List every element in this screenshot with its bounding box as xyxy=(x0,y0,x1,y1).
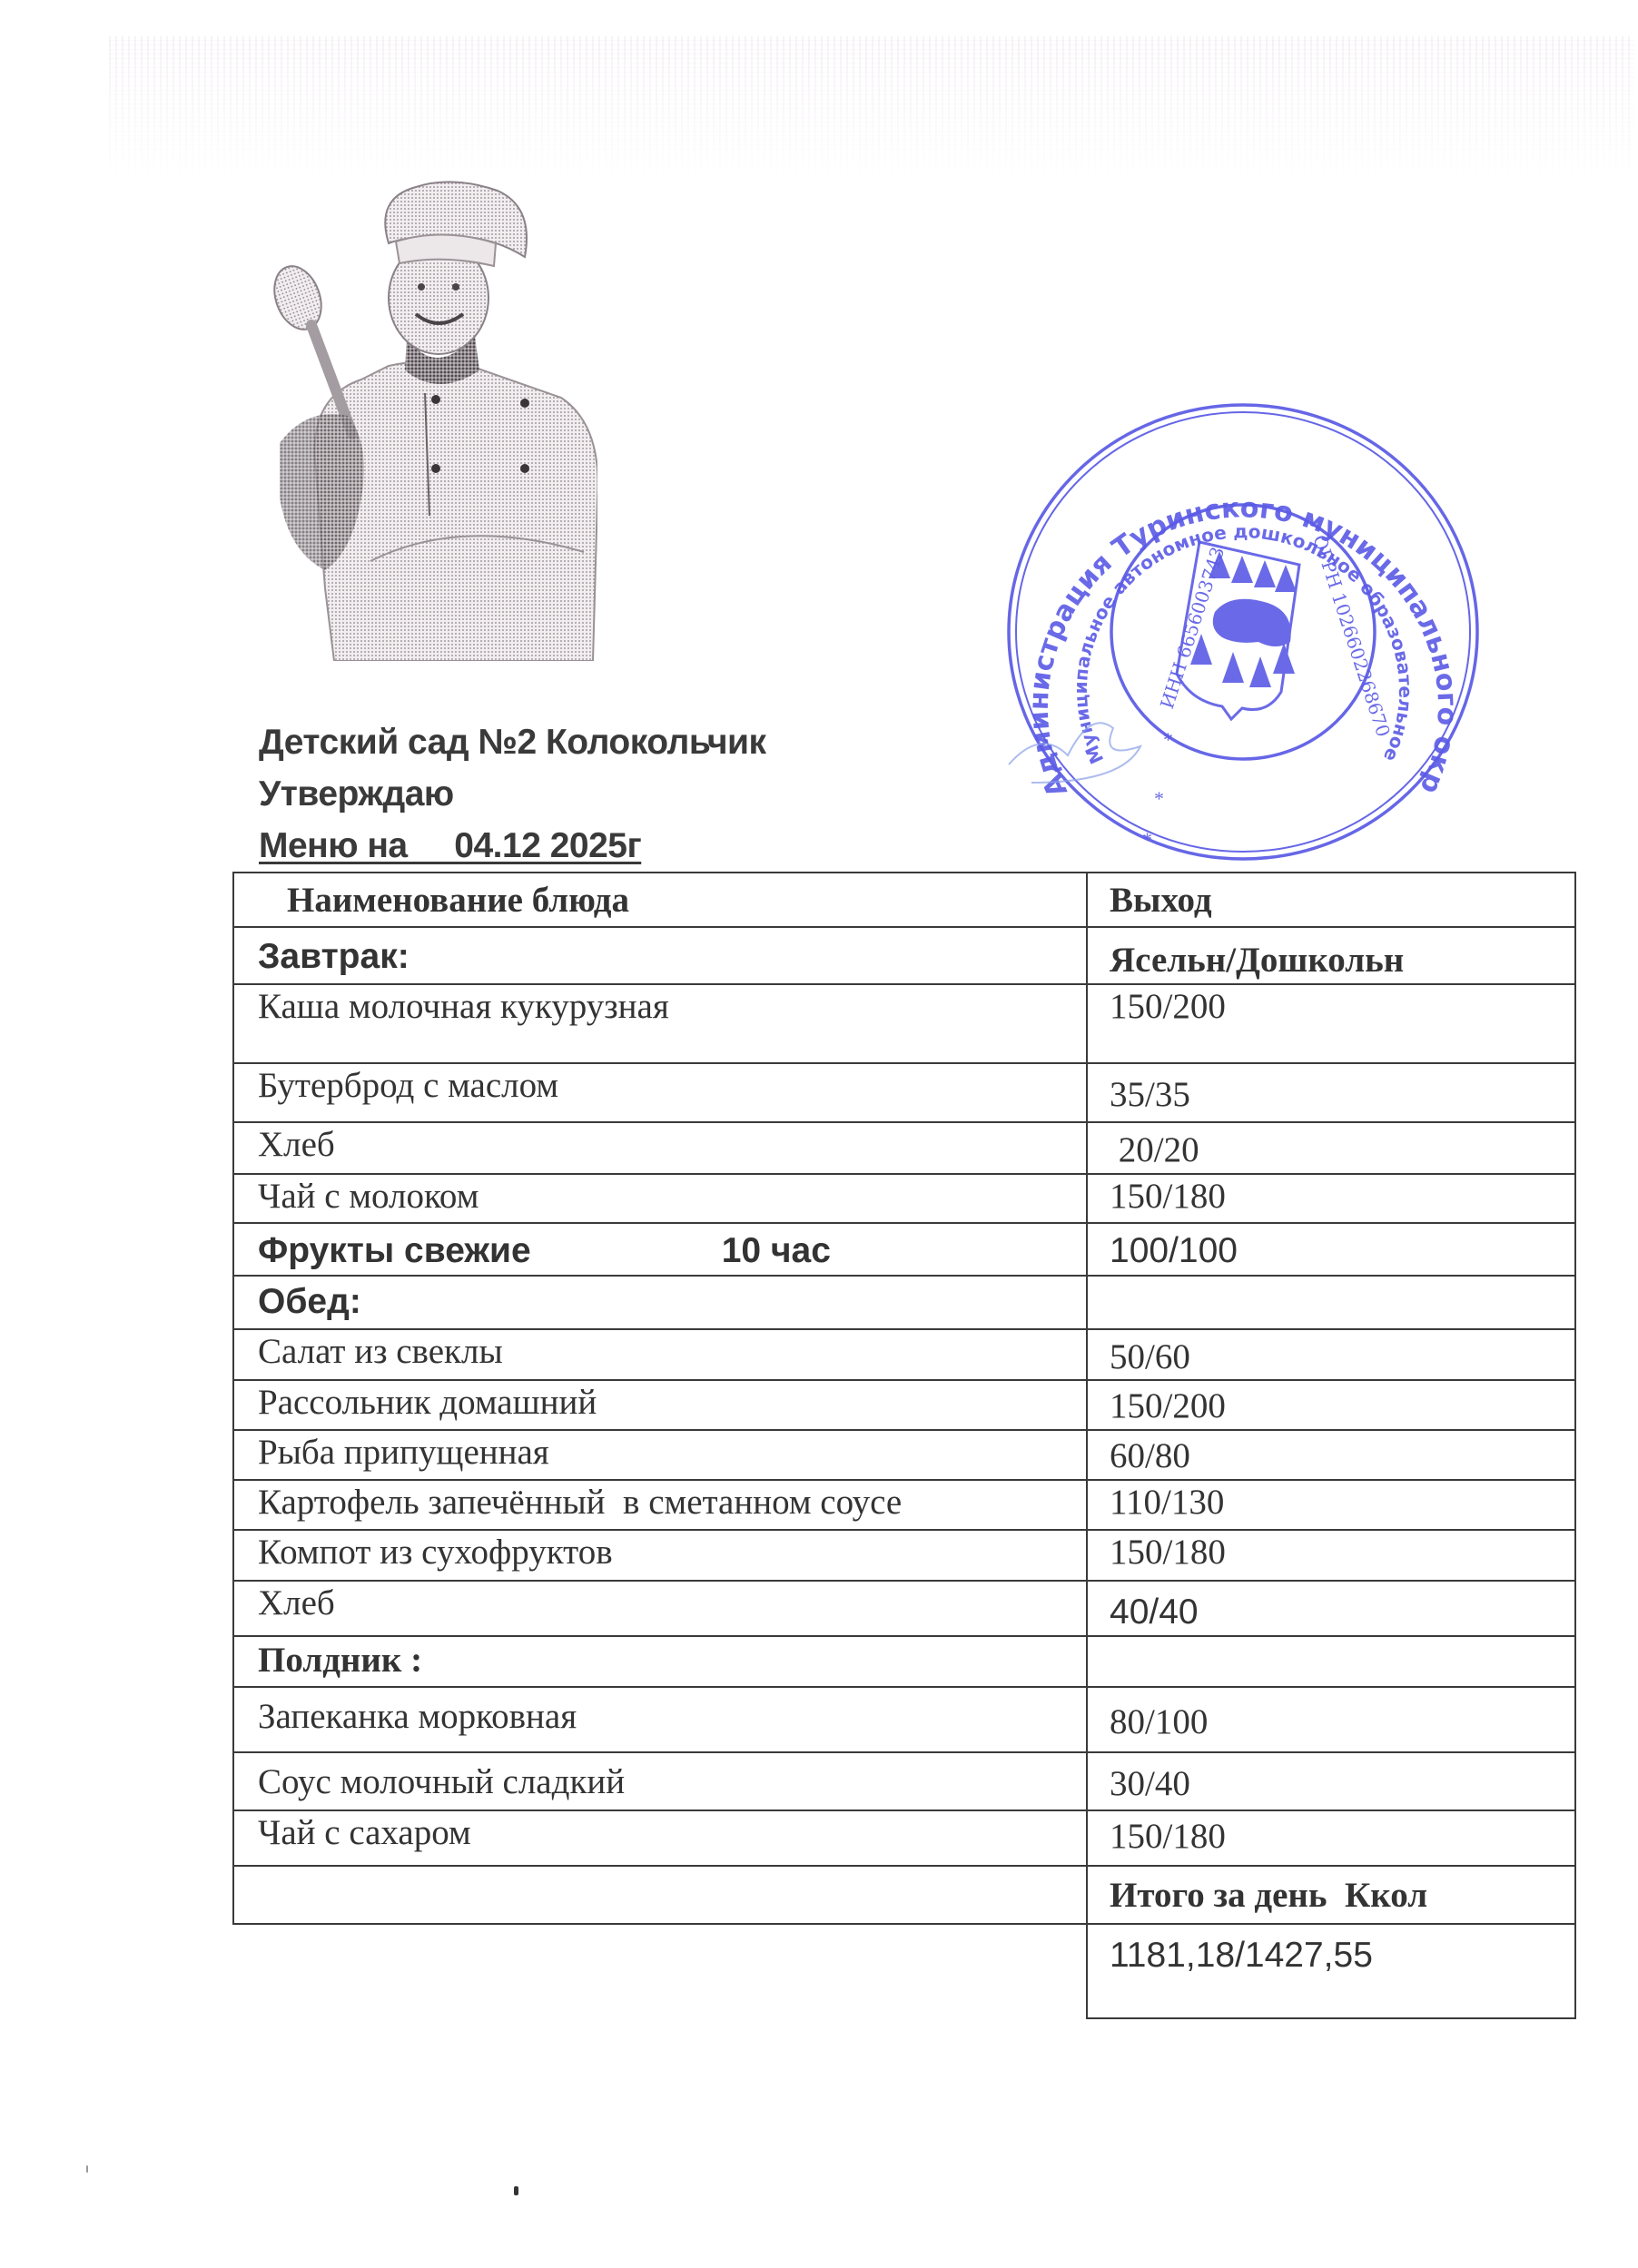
approve-label: Утверждаю xyxy=(259,774,454,814)
dish-yield: 110/130 xyxy=(1087,1480,1575,1530)
dish-name: Рыба припущенная xyxy=(233,1430,1087,1480)
table-row: Хлеб 40/40 xyxy=(233,1581,1575,1636)
dish-name: Компот из сухофруктов xyxy=(233,1530,1087,1581)
dish-name: Хлеб xyxy=(233,1122,1087,1174)
chef-illustration-icon xyxy=(261,171,597,661)
table-header-row: Наименование блюда Выход xyxy=(233,873,1575,927)
dish-name: Рассольник домашний xyxy=(233,1380,1087,1430)
snack-name: Фрукты свежие xyxy=(258,1231,531,1270)
dish-yield: 150/180 xyxy=(1087,1810,1575,1866)
menu-table: Наименование блюда Выход Завтрак: Ясельн… xyxy=(232,872,1576,2019)
dish-name: Запеканка морковная xyxy=(233,1687,1087,1752)
coat-of-arms-icon xyxy=(1177,542,1299,719)
table-row: Полдник : xyxy=(233,1636,1575,1687)
svg-text:Администрация Туринского муниц: Администрация Туринского муниципального … xyxy=(1004,401,1463,802)
dish-yield: 40/40 xyxy=(1087,1581,1575,1636)
stamp-ogrn: ОГРН 1026602268670 xyxy=(1308,532,1395,739)
dish-yield: 35/35 xyxy=(1087,1063,1575,1122)
dish-name: Соус молочный сладкий xyxy=(233,1752,1087,1810)
dish-yield: 150/180 xyxy=(1087,1530,1575,1581)
table-row: Хлеб 20/20 xyxy=(233,1122,1575,1174)
empty-cell xyxy=(233,1924,1087,2018)
scan-noise xyxy=(109,36,1634,182)
snack-time: 10 час xyxy=(722,1229,831,1274)
dish-yield xyxy=(1087,1636,1575,1687)
total-value: 1181,18/1427,55 xyxy=(1087,1924,1575,2018)
table-row: Компот из сухофруктов 150/180 xyxy=(233,1530,1575,1581)
svg-text:*: * xyxy=(1142,828,1152,851)
table-row: Чай с молоком 150/180 xyxy=(233,1174,1575,1223)
table-row: Рыба припущенная 60/80 xyxy=(233,1430,1575,1480)
table-row: Салат из свеклы 50/60 xyxy=(233,1329,1575,1381)
dish-yield: 80/100 xyxy=(1087,1687,1575,1752)
table-row: Рассольник домашний 150/200 xyxy=(233,1380,1575,1430)
total-label: Итого за день Ккол xyxy=(1087,1866,1575,1924)
total-value-row: 1181,18/1427,55 xyxy=(233,1924,1575,2018)
stamp-inn: ИНН 6656003743 xyxy=(1156,544,1228,711)
org-title: Детский сад №2 Колокольчик xyxy=(259,723,766,763)
table-row: Соус молочный сладкий 30/40 xyxy=(233,1752,1575,1810)
dish-yield: 60/80 xyxy=(1087,1430,1575,1480)
dish-yield: 150/180 xyxy=(1087,1174,1575,1223)
header-yield: Выход xyxy=(1087,873,1575,927)
section-lunch: Обед: xyxy=(233,1276,1087,1329)
dish-yield: 30/40 xyxy=(1087,1752,1575,1810)
official-stamp-icon: Администрация Туринского муниципального … xyxy=(1004,401,1482,863)
table-row: Запеканка морковная 80/100 xyxy=(233,1687,1575,1752)
dish-yield: 100/100 xyxy=(1087,1223,1575,1276)
menu-date-label: Меню на 04.12 2025г xyxy=(259,826,641,866)
dish-yield: 20/20 xyxy=(1087,1122,1575,1174)
table-row: Каша молочная кукурузная 150/200 xyxy=(233,984,1575,1063)
scan-speck xyxy=(514,2186,518,2195)
dish-yield: 50/60 xyxy=(1087,1329,1575,1381)
table-row: Фрукты свежие10 час 100/100 xyxy=(233,1223,1575,1276)
table-row: Обед: xyxy=(233,1276,1575,1329)
dish-yield xyxy=(1087,1276,1575,1329)
svg-text:*: * xyxy=(1154,787,1164,810)
scan-speck xyxy=(86,2165,88,2173)
table-row: Завтрак: Ясельн/Дошкольн xyxy=(233,927,1575,984)
header-dish-name: Наименование блюда xyxy=(233,873,1087,927)
svg-text:Муниципальное автономное дошко: Муниципальное автономное дошкольное обра… xyxy=(1004,401,1416,767)
dish-name: Каша молочная кукурузная xyxy=(233,984,1087,1063)
table-row: Бутерброд с маслом 35/35 xyxy=(233,1063,1575,1122)
table-row: Чай с сахаром 150/180 xyxy=(233,1810,1575,1866)
dish-name: Хлеб xyxy=(233,1581,1087,1636)
svg-text:*: * xyxy=(1163,728,1173,751)
table-row: Картофель запечённый в сметанном соусе 1… xyxy=(233,1480,1575,1530)
snack-fruit: Фрукты свежие10 час xyxy=(233,1223,1087,1276)
section-afternoon-snack: Полдник : xyxy=(233,1636,1087,1687)
empty-cell xyxy=(233,1866,1087,1924)
stamp-outer-text: Администрация Туринского муниципального … xyxy=(1004,401,1463,802)
dish-name: Бутерброд с маслом xyxy=(233,1063,1087,1122)
dish-yield: 150/200 xyxy=(1087,984,1575,1063)
dish-name: Салат из свеклы xyxy=(233,1329,1087,1381)
dish-yield: 150/200 xyxy=(1087,1380,1575,1430)
dish-name: Чай с сахаром xyxy=(233,1810,1087,1866)
dish-name: Чай с молоком xyxy=(233,1174,1087,1223)
stamp-middle-text: Муниципальное автономное дошкольное обра… xyxy=(1004,401,1416,767)
yield-subheader: Ясельн/Дошкольн xyxy=(1087,927,1575,984)
total-label-row: Итого за день Ккол xyxy=(233,1866,1575,1924)
dish-name: Картофель запечённый в сметанном соусе xyxy=(233,1480,1087,1530)
section-breakfast: Завтрак: xyxy=(233,927,1087,984)
